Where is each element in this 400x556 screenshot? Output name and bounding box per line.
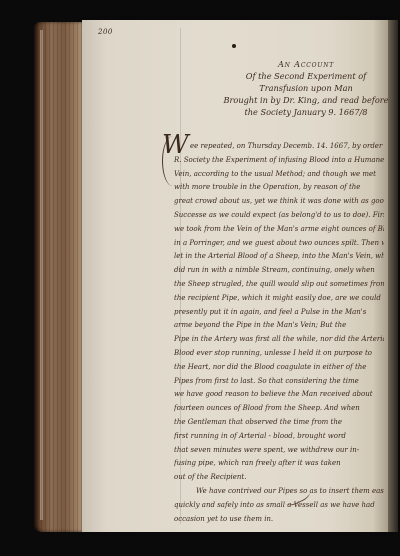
body-line: fusing pipe, which ran freely after it w… [174, 457, 384, 471]
body-line: let in the Arterial Blood of a Sheep, in… [174, 250, 384, 264]
body-line: occasion yet to use them in. [174, 513, 384, 527]
body-line: in a Porringer, and we guest about two o… [174, 237, 384, 251]
body-line: Vein, according to the usual Method; and… [174, 168, 384, 182]
body-line: the Gentleman that observed the time fro… [174, 416, 384, 430]
body-line: great crowd about us, yet we think it wa… [174, 195, 384, 209]
body-line: fourteen ounces of Blood from the Sheep.… [174, 402, 384, 416]
body-line: Pipe in the Artery was first all the whi… [174, 333, 384, 347]
body-line: out of the Recipient. [174, 471, 384, 485]
body-line: arme beyond the Pipe in the Man's Vein; … [174, 319, 384, 333]
title-line: Transfusion upon Man [222, 82, 390, 94]
book-photograph: 200 An Account Of the Second Experiment … [0, 0, 400, 556]
title-line: Of the Second Experiment of [222, 70, 390, 82]
body-line: with more trouble in the Operation, by r… [174, 181, 384, 195]
title-line: An Account [222, 58, 390, 70]
body-line: presently put it in again, and feel a Pu… [174, 306, 384, 320]
title-line: the Society January 9. 1667/8 [222, 106, 390, 118]
body-line: we took from the Vein of the Man's arme … [174, 223, 384, 237]
book-page-edges [34, 22, 84, 532]
body-line: the Heart, nor did the Blood coagulate i… [174, 361, 384, 375]
body-line: Pipes from first to last. So that consid… [174, 375, 384, 389]
page-number: 200 [98, 28, 113, 36]
manuscript-page: 200 An Account Of the Second Experiment … [82, 20, 388, 532]
body-line: Blood ever stop running, unlesse I held … [174, 347, 384, 361]
title-line: Brought in by Dr. King, and read before [222, 94, 390, 106]
body-line: We have contrived our Pipes so as to ins… [174, 485, 384, 499]
body-line: first running in of Arterial - blood, br… [174, 430, 384, 444]
body-line: the Sheep strugled, the quill would slip… [174, 278, 384, 292]
body-line: quickly and safely into as small a Vesse… [174, 499, 384, 513]
body-line: ee repeated, on Thursday Decemb. 14. 166… [174, 140, 384, 154]
body-line: R. Society the Experiment of infusing Bl… [174, 154, 384, 168]
body-line: Successe as we could expect (as belong'd… [174, 209, 384, 223]
ink-blot [232, 44, 236, 48]
body-line: that seven minutes were spent, we withdr… [174, 444, 384, 458]
page-edge-texture [34, 22, 84, 532]
title-block: An Account Of the Second Experiment of T… [222, 58, 390, 118]
body-line: the recipient Pipe, which it might easil… [174, 292, 384, 306]
manuscript-body: ee repeated, on Thursday Decemb. 14. 166… [174, 140, 384, 526]
body-line: we have good reason to believe the Man r… [174, 388, 384, 402]
body-line: did run in with a nimble Stream, continu… [174, 264, 384, 278]
